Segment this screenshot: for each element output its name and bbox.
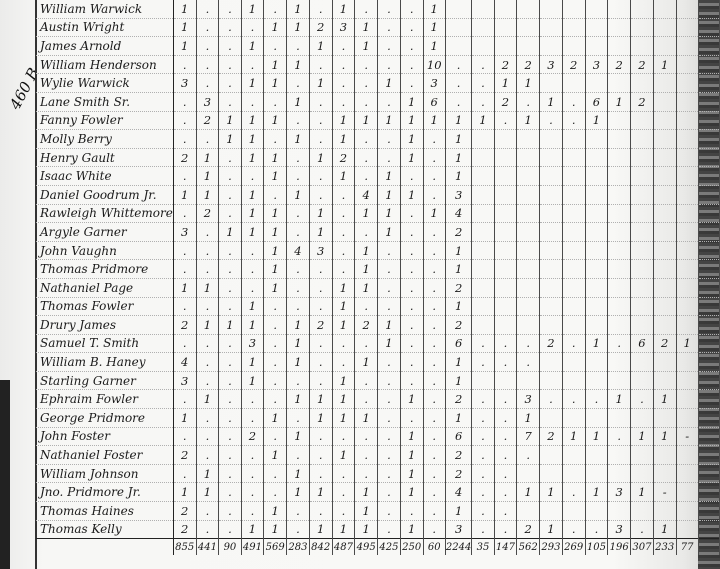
tally-cell	[676, 502, 698, 521]
tally-cell: .	[355, 148, 378, 167]
tally-cell: .	[241, 92, 264, 111]
tally-cell: 1	[472, 111, 494, 130]
tally-cell	[585, 353, 608, 372]
household-name: Isaac White	[36, 167, 173, 186]
tally-cell: .	[264, 353, 287, 372]
tally-cell: .	[219, 37, 241, 56]
tally-cell: .	[287, 223, 310, 242]
tally-cell	[472, 371, 494, 390]
tally-cell	[562, 204, 585, 223]
tally-cell: .	[378, 520, 401, 539]
tally-cell: 1	[196, 185, 219, 204]
tally-cell: 1	[241, 37, 264, 56]
tally-cell	[608, 502, 631, 521]
tally-cell: 1	[653, 55, 676, 74]
tally-cell	[494, 204, 517, 223]
tally-cell	[631, 223, 654, 242]
tally-cell: 1	[264, 409, 287, 428]
tally-cell: .	[378, 446, 401, 465]
tally-cell: .	[219, 520, 241, 539]
tally-cell: 1	[332, 167, 355, 186]
tally-cell: .	[355, 371, 378, 390]
tally-cell: .	[196, 0, 219, 18]
total-cell: 425	[378, 539, 401, 556]
tally-cell: .	[494, 334, 517, 353]
tally-cell	[472, 167, 494, 186]
tally-cell: .	[445, 74, 471, 93]
tally-cell: .	[517, 446, 540, 465]
tally-cell: .	[400, 37, 423, 56]
tally-cell	[631, 204, 654, 223]
tally-cell	[698, 204, 719, 223]
tally-cell	[653, 260, 676, 279]
tally-cell: 1	[173, 18, 196, 37]
tally-cell: 1	[445, 409, 471, 428]
tally-cell: .	[219, 55, 241, 74]
tally-cell: 1	[287, 353, 310, 372]
total-cell: 307	[631, 539, 654, 556]
tally-cell	[494, 278, 517, 297]
household-name: John Vaughn	[36, 241, 173, 260]
tally-cell: .	[309, 334, 332, 353]
tally-cell	[653, 278, 676, 297]
tally-cell: .	[287, 260, 310, 279]
tally-cell	[517, 18, 540, 37]
tally-cell: .	[517, 92, 540, 111]
tally-cell	[562, 167, 585, 186]
tally-cell: .	[264, 297, 287, 316]
tally-cell	[562, 148, 585, 167]
tally-cell	[517, 0, 540, 18]
tally-cell: .	[494, 502, 517, 521]
tally-cell	[540, 148, 563, 167]
tally-cell: .	[219, 0, 241, 18]
table-row: Nathaniel Page11..1..11...2	[36, 278, 720, 297]
tally-cell	[494, 260, 517, 279]
tally-cell	[676, 18, 698, 37]
tally-cell: .	[355, 334, 378, 353]
tally-cell: 1	[445, 241, 471, 260]
tally-cell	[698, 371, 719, 390]
tally-cell: .	[472, 92, 494, 111]
tally-cell	[472, 148, 494, 167]
tally-cell: 4	[445, 483, 471, 502]
tally-cell: .	[287, 297, 310, 316]
tally-cell: 1	[378, 204, 401, 223]
tally-cell	[585, 502, 608, 521]
table-row: Thomas Haines2...1...1...1..	[36, 502, 720, 521]
total-cell: 35	[472, 539, 494, 556]
table-row: Isaac White.1..1..1.1..1	[36, 167, 720, 186]
tally-cell: 1	[423, 37, 445, 56]
tally-cell: 2	[173, 446, 196, 465]
tally-cell: 2	[309, 316, 332, 335]
tally-cell: 2	[173, 520, 196, 539]
tally-cell	[631, 130, 654, 149]
tally-cell: .	[472, 502, 494, 521]
total-cell: 283	[287, 539, 310, 556]
tally-cell	[698, 353, 719, 372]
tally-cell: 1	[355, 502, 378, 521]
tally-cell: .	[378, 0, 401, 18]
tally-cell: 2	[631, 55, 654, 74]
tally-cell: 1	[287, 483, 310, 502]
tally-cell: .	[355, 427, 378, 446]
tally-cell	[676, 130, 698, 149]
table-row: Drury James2111.12121..2	[36, 316, 720, 335]
tally-cell	[517, 204, 540, 223]
tally-cell	[608, 74, 631, 93]
tally-cell: .	[173, 334, 196, 353]
tally-cell: .	[423, 185, 445, 204]
tally-cell: 4	[173, 353, 196, 372]
tally-cell: .	[309, 260, 332, 279]
household-name: James Arnold	[36, 37, 173, 56]
tally-cell	[653, 18, 676, 37]
tally-cell	[608, 37, 631, 56]
tally-cell: .	[219, 74, 241, 93]
tally-cell: .	[423, 464, 445, 483]
tally-cell	[472, 316, 494, 335]
total-cell: 855	[173, 539, 196, 556]
tally-cell: .	[196, 297, 219, 316]
tally-cell: 1	[241, 185, 264, 204]
tally-cell: 1	[287, 18, 310, 37]
tally-cell	[494, 148, 517, 167]
tally-cell: .	[400, 502, 423, 521]
tally-cell	[517, 316, 540, 335]
tally-cell: .	[378, 241, 401, 260]
tally-cell: 1	[400, 520, 423, 539]
tally-cell: .	[494, 409, 517, 428]
tally-cell: 1	[173, 278, 196, 297]
tally-cell: 1	[241, 74, 264, 93]
tally-cell	[653, 74, 676, 93]
tally-cell	[517, 37, 540, 56]
tally-cell: 3	[196, 92, 219, 111]
household-name: Argyle Garner	[36, 223, 173, 242]
tally-cell	[631, 241, 654, 260]
tally-cell	[585, 204, 608, 223]
tally-cell	[608, 0, 631, 18]
tally-cell	[653, 111, 676, 130]
tally-cell: 2	[196, 111, 219, 130]
tally-cell	[540, 502, 563, 521]
tally-cell: 1	[517, 483, 540, 502]
tally-cell: 1	[309, 74, 332, 93]
tally-cell: 2	[355, 316, 378, 335]
tally-cell: .	[400, 353, 423, 372]
tally-cell	[631, 446, 654, 465]
tally-cell: 1	[608, 390, 631, 409]
tally-cell: .	[472, 55, 494, 74]
tally-cell: .	[332, 334, 355, 353]
tally-cell: .	[173, 204, 196, 223]
household-name: William Warwick	[36, 0, 173, 18]
tally-cell: .	[517, 353, 540, 372]
tally-cell	[676, 185, 698, 204]
tally-cell: .	[355, 446, 378, 465]
tally-cell: -	[676, 427, 698, 446]
tally-cell: 1	[264, 446, 287, 465]
tally-cell	[494, 130, 517, 149]
tally-cell	[653, 297, 676, 316]
tally-cell: .	[494, 353, 517, 372]
tally-cell: 1	[173, 37, 196, 56]
tally-cell: .	[219, 204, 241, 223]
tally-cell	[608, 111, 631, 130]
tally-cell: 4	[445, 204, 471, 223]
tally-cell: .	[241, 18, 264, 37]
tally-cell: .	[378, 427, 401, 446]
tally-cell	[517, 130, 540, 149]
tally-cell: 1	[585, 427, 608, 446]
tally-cell: .	[264, 0, 287, 18]
table-row: John Vaughn....143.1...1	[36, 241, 720, 260]
tally-cell: .	[196, 223, 219, 242]
tally-cell	[631, 185, 654, 204]
table-row: Argyle Garner3.111.1..1..2	[36, 223, 720, 242]
tally-cell: .	[196, 18, 219, 37]
tally-cell: 1	[264, 223, 287, 242]
tally-cell	[472, 37, 494, 56]
table-row: Daniel Goodrum Jr.11.1.1..411.3	[36, 185, 720, 204]
total-cell: 105	[585, 539, 608, 556]
tally-cell	[472, 18, 494, 37]
tally-cell	[540, 446, 563, 465]
tally-cell	[562, 502, 585, 521]
tally-cell: .	[196, 409, 219, 428]
tally-cell: 1	[332, 278, 355, 297]
tally-cell: .	[423, 334, 445, 353]
tally-cell	[698, 278, 719, 297]
tally-cell: 1	[196, 278, 219, 297]
total-cell: 77	[676, 539, 698, 556]
tally-cell	[631, 111, 654, 130]
tally-cell: .	[241, 167, 264, 186]
tally-cell	[562, 353, 585, 372]
household-name: Thomas Kelly	[36, 520, 173, 539]
tally-cell: .	[378, 297, 401, 316]
tally-cell: 2	[562, 55, 585, 74]
tally-cell: .	[472, 334, 494, 353]
tally-cell: 1	[241, 520, 264, 539]
table-row: William B. Haney4..1.1..1...1...	[36, 353, 720, 372]
tally-cell	[472, 204, 494, 223]
tally-cell: 1	[378, 316, 401, 335]
tally-cell: .	[494, 427, 517, 446]
tally-cell: .	[264, 483, 287, 502]
tally-cell: .	[423, 427, 445, 446]
tally-cell	[698, 520, 719, 539]
tally-cell	[676, 446, 698, 465]
tally-cell: 1	[332, 0, 355, 18]
tally-cell: 1	[355, 483, 378, 502]
tally-cell: 1	[332, 371, 355, 390]
tally-cell: 1	[287, 334, 310, 353]
tally-cell: 1	[355, 278, 378, 297]
tally-cell	[472, 223, 494, 242]
tally-cell	[517, 371, 540, 390]
tally-cell	[676, 241, 698, 260]
tally-cell: .	[423, 130, 445, 149]
tally-cell: 1	[241, 371, 264, 390]
tally-cell: .	[472, 390, 494, 409]
tally-cell	[585, 316, 608, 335]
scan-shadow-left	[0, 380, 10, 569]
tally-cell: 1	[332, 297, 355, 316]
total-cell: 60	[423, 539, 445, 556]
tally-cell: .	[219, 185, 241, 204]
total-cell: 90	[219, 539, 241, 556]
tally-cell: 1	[540, 520, 563, 539]
tally-cell: .	[309, 55, 332, 74]
tally-cell: 1	[378, 185, 401, 204]
tally-cell: 1	[400, 390, 423, 409]
tally-cell: .	[423, 316, 445, 335]
tally-cell: .	[173, 92, 196, 111]
tally-cell: 2	[173, 502, 196, 521]
tally-cell	[676, 483, 698, 502]
tally-cell	[517, 148, 540, 167]
tally-cell	[585, 464, 608, 483]
tally-cell: 6	[585, 92, 608, 111]
tally-cell: 1	[423, 18, 445, 37]
tally-cell: .	[378, 464, 401, 483]
tally-cell	[631, 316, 654, 335]
tally-cell: 1	[540, 92, 563, 111]
tally-cell	[472, 241, 494, 260]
tally-cell	[494, 297, 517, 316]
tally-cell	[631, 260, 654, 279]
tally-cell: 1	[378, 167, 401, 186]
household-name: Jno. Pridmore Jr.	[36, 483, 173, 502]
tally-cell: 1	[264, 241, 287, 260]
household-name: Thomas Pridmore	[36, 260, 173, 279]
tally-cell: .	[445, 55, 471, 74]
tally-cell: 1	[196, 148, 219, 167]
tally-cell: .	[355, 297, 378, 316]
tally-cell: .	[585, 520, 608, 539]
tally-cell: .	[378, 390, 401, 409]
tally-cell	[562, 130, 585, 149]
tally-cell: .	[332, 502, 355, 521]
tally-cell: 3	[608, 483, 631, 502]
tally-cell: .	[608, 427, 631, 446]
tally-cell: .	[378, 130, 401, 149]
tally-cell: 3	[309, 241, 332, 260]
tally-cell: .	[423, 278, 445, 297]
tally-cell: .	[219, 167, 241, 186]
tally-cell	[653, 37, 676, 56]
tally-cell: 3	[173, 371, 196, 390]
tally-cell	[562, 446, 585, 465]
tally-cell	[698, 427, 719, 446]
tally-cell: 1	[287, 316, 310, 335]
tally-cell: 1	[676, 334, 698, 353]
household-name: Nathaniel Page	[36, 278, 173, 297]
tally-cell: 2	[445, 278, 471, 297]
tally-cell: .	[264, 92, 287, 111]
tally-cell	[676, 260, 698, 279]
tally-cell	[653, 371, 676, 390]
tally-cell: 1	[585, 111, 608, 130]
tally-cell: 1	[355, 204, 378, 223]
tally-cell: 2	[196, 204, 219, 223]
tally-cell: .	[287, 204, 310, 223]
tally-cell: .	[378, 483, 401, 502]
tally-cell: 6	[445, 334, 471, 353]
tally-cell: 2	[309, 18, 332, 37]
tally-cell: 3	[517, 390, 540, 409]
tally-cell: .	[196, 55, 219, 74]
tally-cell: 1	[355, 520, 378, 539]
table-row: John Foster...2.1....1.6..7211.11-	[36, 427, 720, 446]
tally-cell	[631, 409, 654, 428]
tally-cell	[445, 18, 471, 37]
tally-cell: 1	[264, 74, 287, 93]
tally-cell: 1	[309, 37, 332, 56]
tally-cell: .	[196, 241, 219, 260]
tally-cell	[608, 278, 631, 297]
tally-cell: 1	[332, 446, 355, 465]
tally-cell: 2	[608, 55, 631, 74]
tally-cell: .	[494, 390, 517, 409]
tally-cell	[698, 316, 719, 335]
tally-cell	[472, 0, 494, 18]
tally-cell: .	[241, 390, 264, 409]
tally-cell: .	[355, 390, 378, 409]
tally-cell: .	[309, 130, 332, 149]
table-row: Ephraim Fowler.1...111..1.2..3...1.1	[36, 390, 720, 409]
tally-cell: .	[219, 353, 241, 372]
tally-cell: 1	[355, 353, 378, 372]
tally-cell: 1	[219, 316, 241, 335]
tally-cell: 1	[264, 204, 287, 223]
tally-cell	[585, 0, 608, 18]
tally-cell: 1	[287, 55, 310, 74]
tally-cell: 1	[445, 260, 471, 279]
total-cell	[698, 539, 719, 556]
tally-cell	[608, 464, 631, 483]
tally-cell: 1	[445, 371, 471, 390]
tally-cell	[608, 148, 631, 167]
tally-cell: 1	[173, 185, 196, 204]
tally-cell: .	[400, 278, 423, 297]
tally-cell	[585, 167, 608, 186]
tally-cell: 1	[400, 130, 423, 149]
tally-cell: 1	[355, 111, 378, 130]
tally-cell	[698, 37, 719, 56]
tally-cell	[676, 0, 698, 18]
tally-cell: 1	[332, 130, 355, 149]
tally-cell	[517, 464, 540, 483]
tally-cell: 3	[540, 55, 563, 74]
tally-cell	[698, 185, 719, 204]
tally-cell	[698, 446, 719, 465]
tally-cell: 1	[241, 353, 264, 372]
tally-cell	[698, 92, 719, 111]
tally-cell: .	[472, 446, 494, 465]
tally-cell: 1	[423, 204, 445, 223]
tally-cell	[540, 241, 563, 260]
tally-cell: 1	[287, 130, 310, 149]
tally-cell	[653, 148, 676, 167]
tally-cell: 1	[355, 241, 378, 260]
total-cell: 487	[332, 539, 355, 556]
tally-cell: 1	[445, 148, 471, 167]
tally-cell	[676, 297, 698, 316]
